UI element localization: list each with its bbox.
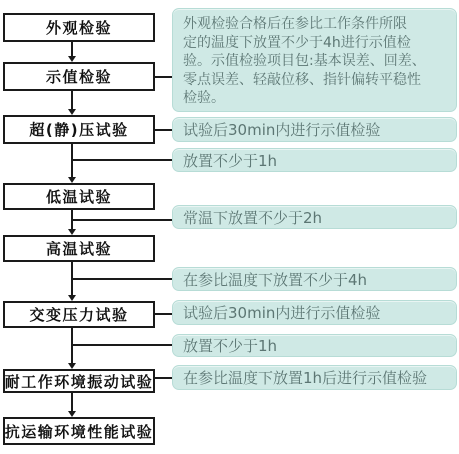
step-appearance-inspection: 外观检验 — [3, 13, 155, 42]
arrow-down-icon — [68, 56, 76, 62]
arrow-down-icon — [68, 229, 76, 235]
connector-ref-temp-4h-note — [72, 278, 172, 280]
note-text-line: 零点误差、轻敲位移、指针偏转平稳性 — [183, 71, 446, 90]
connector-rest-1h-note — [72, 159, 172, 161]
note-text-line: 检验。 — [183, 89, 446, 108]
connector-alt-pressure-note — [155, 313, 172, 315]
flow-line-7 — [71, 393, 73, 411]
step-indication-inspection: 示值检验 — [3, 62, 155, 91]
note-after-test-30min-1: 试验后30min内进行示值检验 — [172, 117, 457, 142]
arrow-down-icon — [68, 109, 76, 115]
note-rest-1h-2: 放置不少于1h — [172, 334, 457, 357]
note-indication-inspection-detail: 外观检验合格后在参比工作条件所限 定的温度下放置不少于4h进行示值检 验。示值检… — [172, 8, 457, 112]
note-room-temp-2h: 常温下放置不少于2h — [172, 205, 457, 229]
flow-line-2 — [71, 91, 73, 109]
note-rest-1h-1: 放置不少于1h — [172, 148, 457, 172]
note-text-line: 定的温度下放置不少于4h进行示值检 — [183, 34, 446, 53]
arrow-down-icon — [68, 363, 76, 369]
note-ref-temp-1h-indication: 在参比温度下放置1h后进行示值检验 — [172, 365, 457, 390]
note-after-test-30min-2: 试验后30min内进行示值检验 — [172, 300, 457, 325]
note-text-line: 外观检验合格后在参比工作条件所限 — [183, 15, 446, 34]
arrow-down-icon — [68, 295, 76, 301]
step-vibration-resistance-test: 耐工作环境振动试验 — [3, 369, 155, 393]
arrow-down-icon — [68, 411, 76, 417]
connector-room-temp-note — [72, 219, 172, 221]
step-overpressure-test: 超(静)压试验 — [3, 115, 155, 144]
note-ref-temp-4h: 在参比温度下放置不少于4h — [172, 267, 457, 291]
step-low-temperature-test: 低温试验 — [3, 183, 155, 210]
connector-vibration-note — [155, 377, 172, 379]
arrow-down-icon — [68, 177, 76, 183]
note-text-line: 验。示值检验项目包:基本误差、回差、 — [183, 52, 446, 71]
connector-indication-note — [155, 76, 172, 78]
test-procedure-flowchart: 外观检验 示值检验 超(静)压试验 低温试验 高温试验 交变压力试验 耐工作环境… — [0, 0, 459, 454]
step-transport-environment-test: 抗运输环境性能试验 — [3, 417, 155, 445]
flow-line-1 — [71, 42, 73, 56]
step-high-temperature-test: 高温试验 — [3, 235, 155, 262]
step-alternating-pressure-test: 交变压力试验 — [3, 301, 155, 328]
connector-overpressure-note — [155, 129, 172, 131]
connector-rest-1h-note-2 — [72, 344, 172, 346]
